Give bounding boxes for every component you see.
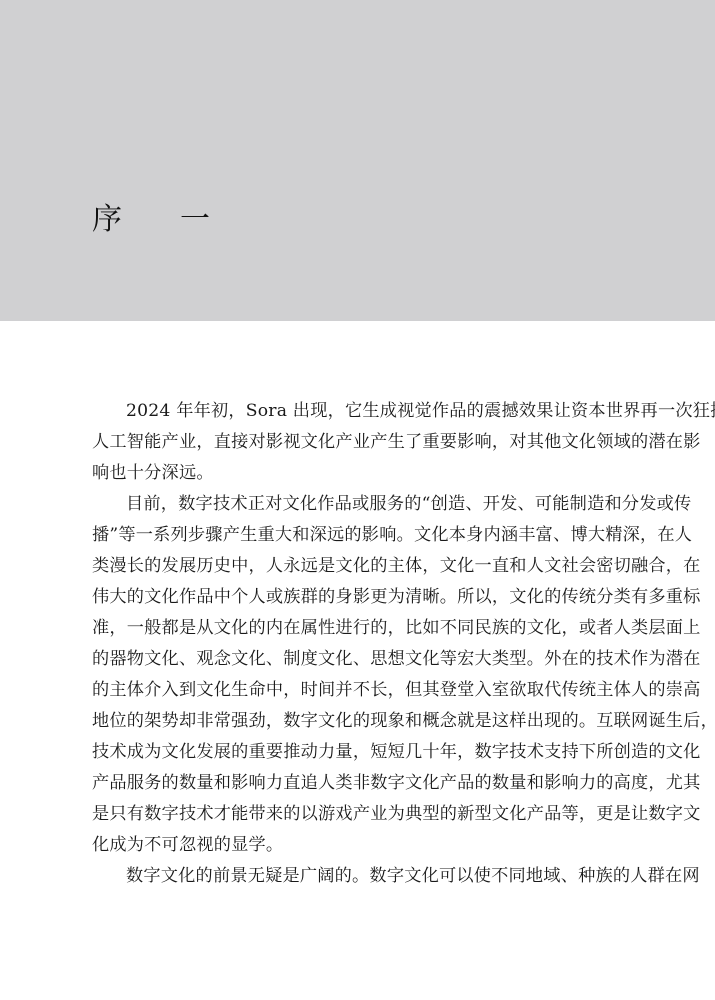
chapter-title-number: 一	[180, 202, 210, 238]
text-line: 的主体介入到文化生命中，时间并不长，但其登堂入室欲取代传统主体人的崇高	[92, 675, 628, 706]
text-line: 播”等一系列步骤产生重大和深远的影响。文化本身内涵丰富、博大精深，在人	[92, 520, 628, 551]
text-line: 准，一般都是从文化的内在属性进行的，比如不同民族的文化，或者人类层面上	[92, 613, 628, 644]
text-line: 2024 年年初，Sora 出现，它生成视觉作品的震撼效果让资本世界再一次狂推	[92, 396, 628, 427]
chapter-title-char: 序	[92, 202, 122, 238]
text-line: 类漫长的发展历史中，人永远是文化的主体，文化一直和人文社会密切融合，在	[92, 551, 628, 582]
text-line: 的器物文化、观念文化、制度文化、思想文化等宏大类型。外在的技术作为潜在	[92, 644, 628, 675]
text-line: 化成为不可忽视的显学。	[92, 830, 628, 861]
text-line: 目前，数字技术正对文化作品或服务的“创造、开发、可能制造和分发或传	[92, 489, 628, 520]
text-line: 数字文化的前景无疑是广阔的。数字文化可以使不同地域、种族的人群在网	[92, 861, 628, 892]
preface-body: 2024 年年初，Sora 出现，它生成视觉作品的震撼效果让资本世界再一次狂推 …	[92, 396, 628, 892]
text-line: 产品服务的数量和影响力直追人类非数字文化产品的数量和影响力的高度，尤其	[92, 768, 628, 799]
text-line: 技术成为文化发展的重要推动力量，短短几十年，数字技术支持下所创造的文化	[92, 737, 628, 768]
text-line: 地位的架势却非常强劲，数字文化的现象和概念就是这样出现的。互联网诞生后，	[92, 706, 628, 737]
text-line: 响也十分深远。	[92, 458, 628, 489]
text-line: 伟大的文化作品中个人或族群的身影更为清晰。所以，文化的传统分类有多重标	[92, 582, 628, 613]
text-line: 人工智能产业，直接对影视文化产业产生了重要影响，对其他文化领域的潜在影	[92, 427, 628, 458]
chapter-header-band: 序 一	[0, 0, 715, 321]
text-line: 是只有数字技术才能带来的以游戏产业为典型的新型文化产品等，更是让数字文	[92, 799, 628, 830]
